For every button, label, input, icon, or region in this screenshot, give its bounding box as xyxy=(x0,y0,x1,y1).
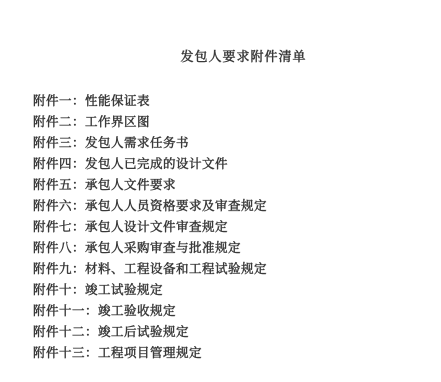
attachment-list-item: 附件八：承包人采购审查与批准规定 xyxy=(33,238,441,259)
attachment-list-item: 附件三：发包人需求任务书 xyxy=(33,133,441,154)
attachment-list-item: 附件十二：竣工后试验规定 xyxy=(33,322,441,343)
attachment-list-item: 附件一：性能保证表 xyxy=(33,91,441,112)
attachment-list-item: 附件十一：竣工验收规定 xyxy=(33,301,441,322)
attachment-list-item: 附件二：工作界区图 xyxy=(33,112,441,133)
attachment-list-item: 附件五：承包人文件要求 xyxy=(33,175,441,196)
attachment-list-item: 附件七：承包人设计文件审查规定 xyxy=(33,217,441,238)
attachment-list-item: 附件四：发包人已完成的设计文件 xyxy=(33,154,441,175)
attachment-list-item: 附件十：竣工试验规定 xyxy=(33,280,441,301)
attachment-list: 附件一：性能保证表 附件二：工作界区图 附件三：发包人需求任务书 附件四：发包人… xyxy=(0,91,441,364)
attachment-list-item: 附件九：材料、工程设备和工程试验规定 xyxy=(33,259,441,280)
document-page: 发包人要求附件清单 附件一：性能保证表 附件二：工作界区图 附件三：发包人需求任… xyxy=(0,0,441,382)
document-title: 发包人要求附件清单 xyxy=(0,0,441,63)
attachment-list-item: 附件六：承包人人员资格要求及审查规定 xyxy=(33,196,441,217)
attachment-list-item: 附件十三：工程项目管理规定 xyxy=(33,343,441,364)
